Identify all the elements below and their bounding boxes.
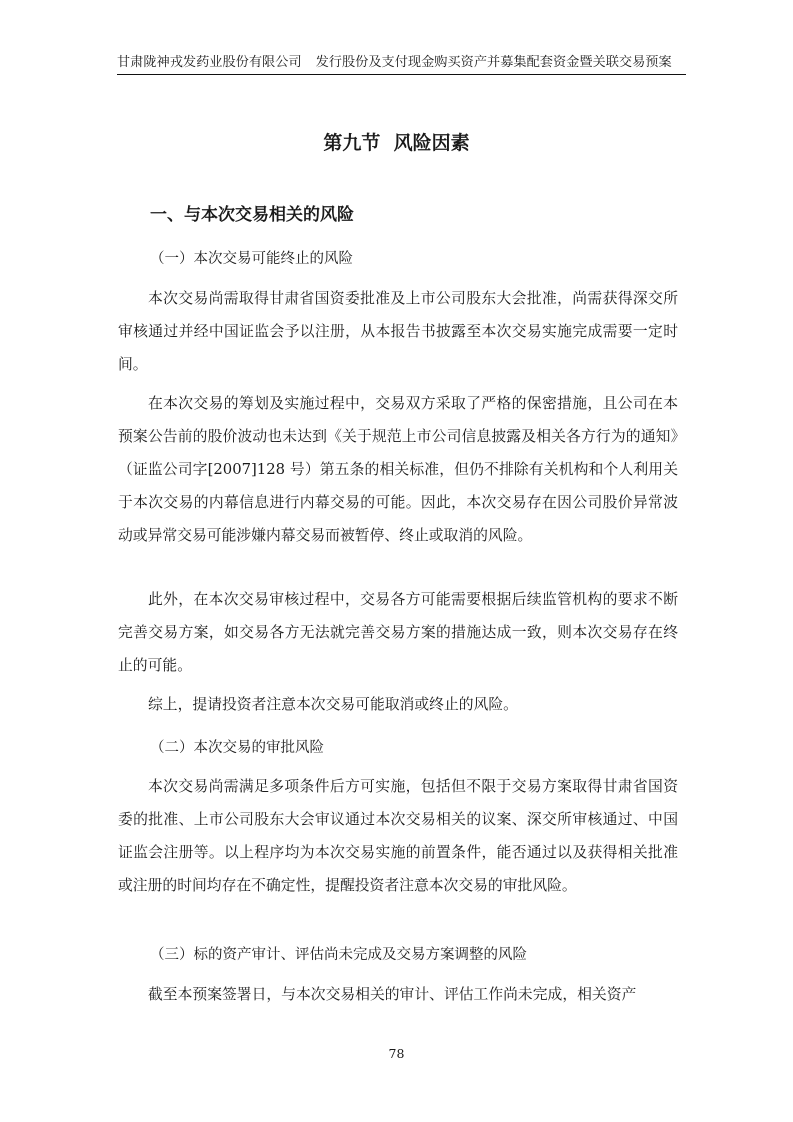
paragraph: 本次交易尚需满足多项条件后方可实施，包括但不限于交易方案取得甘肃省国资委的批准、… (118, 770, 678, 902)
paragraph: 在本次交易的筹划及实施过程中，交易双方采取了严格的保密措施，且公司在本预案公告前… (118, 387, 678, 552)
subsection-heading-approval-risk: （二）本次交易的审批风险 (150, 738, 324, 758)
paragraph: 此外，在本次交易审核过程中，交易各方可能需要根据后续监管机构的要求不断完善交易方… (118, 583, 678, 682)
header-document-title: 发行股份及支付现金购买资产并募集配套资金暨关联交易预案 (316, 55, 672, 70)
subsection-heading-audit-valuation-risk: （三）标的资产审计、评估尚未完成及交易方案调整的风险 (150, 945, 527, 965)
header-company-name: 甘肃陇神戎发药业股份有限公司 (117, 55, 302, 70)
paragraph: 综上，提请投资者注意本次交易可能取消或终止的风险。 (118, 688, 678, 721)
page-header: 甘肃陇神戎发药业股份有限公司发行股份及支付现金购买资产并募集配套资金暨关联交易预… (117, 54, 686, 75)
section-title: 第九节 风险因素 (0, 131, 793, 155)
page-number: 78 (0, 1046, 793, 1062)
heading-risks-related-to-transaction: 一、与本次交易相关的风险 (150, 204, 354, 226)
subsection-heading-termination-risk: （一）本次交易可能终止的风险 (150, 249, 353, 269)
paragraph: 截至本预案签署日，与本次交易相关的审计、评估工作尚未完成，相关资产 (118, 978, 678, 1011)
paragraph: 本次交易尚需取得甘肃省国资委批准及上市公司股东大会批准，尚需获得深交所审核通过并… (118, 282, 678, 381)
